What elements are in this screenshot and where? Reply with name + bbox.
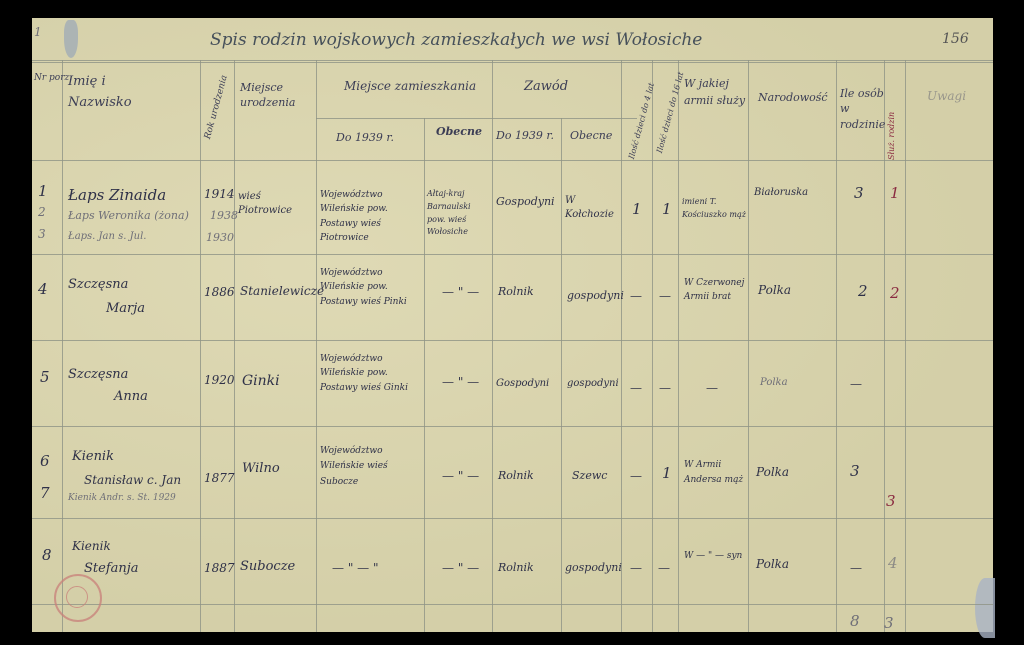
document-page: 1 Spis rodzin wojskowych zamieszkałych w… [32,18,993,632]
person-name: Kienik Andr. s. St. 1929 [68,494,176,503]
header-occupation-1939: Do 1939 r. [496,130,554,141]
person-name: Anna [114,390,148,403]
row-number: 5 [40,370,50,385]
birth-year: 1886 [204,286,235,298]
nationality: Polka [758,284,791,296]
header-year: Rok urodzenia [204,74,230,140]
row-number: 4 [38,282,48,297]
header-persons: Ile osób w rodzinie [840,86,884,132]
person-name: Szczęsna [68,368,128,381]
header-name: Imię i Nazwisko [68,72,168,114]
person-name: Kienik [72,540,111,552]
header-residence-1939: Do 1939 r. [336,132,394,143]
army: imieni T. Kościuszko mąż [682,196,746,222]
occupation-1939: Gospodyni [496,196,558,207]
person-name: Szczęsna [68,278,128,291]
nationality: Polka [760,378,788,388]
residence-now: — " — [442,470,479,482]
service-mark: 2 [890,286,900,301]
children-under-16: — [659,382,671,394]
birthplace: Ginki [242,374,280,388]
occupation-now: gospodyni [567,288,619,305]
birth-year: 1887 [204,562,235,574]
header-no: Nr porz. [34,74,72,83]
residence-now: — " — [442,286,479,298]
service-mark: 4 [888,556,898,571]
birth-year: 1930 [206,232,234,243]
nationality: Polka [756,558,789,570]
residence-1939: Województwo Wileńskie pow. Postawy wieś … [320,188,420,246]
header-birthplace: Miejsce urodzenia [240,80,310,111]
document-title: Spis rodzin wojskowych zamieszkałych we … [210,32,702,49]
army: W — " — syn [684,548,746,564]
header-nationality: Narodowość [758,90,828,107]
birth-year: 1938 [210,210,238,221]
person-name: Marja [106,302,145,315]
occupation-now: Szewc [572,470,607,481]
occupation-1939: Rolnik [498,470,534,481]
children-under-4: — [630,382,642,394]
blue-stain [64,20,78,58]
nationality: Polka [756,466,789,478]
header-occupation: Zawód [524,80,568,93]
children-under-4: — [630,562,642,574]
children-under-16: — [658,562,670,574]
occupation-now: gospodyni [567,376,619,391]
children-under-16: — [659,290,671,302]
header-service: Służ. rodzin [888,112,896,160]
occupation-now: gospodyni [565,562,622,573]
person-name: Kienik [72,450,114,463]
persons-count: — [850,378,862,390]
archive-stamp-icon [54,574,102,622]
occupation-1939: Rolnik [498,562,534,573]
row-number: 8 [42,548,52,563]
residence-now: — " — [442,376,479,388]
person-name: Łaps Weronika (żona) [68,210,189,221]
service-mark: 3 [886,494,896,509]
residence-1939: — " — " [332,562,378,574]
birthplace: Wilno [242,462,280,475]
page-number: 156 [942,32,969,46]
army: — [706,382,718,394]
row-number: 3 [38,228,46,240]
children-under-16: 1 [662,466,672,481]
corner-mark: 1 [34,26,42,38]
birth-year: 1920 [204,374,235,386]
row-number: 2 [38,206,46,218]
header-occupation-now: Obecne [570,130,612,141]
residence-1939: Województwo Wileńskie pow. Postawy wieś … [320,266,420,309]
person-name: Stanisław c. Jan [84,474,181,486]
person-name: Łaps Zinaida [68,188,166,203]
children-under-4: — [630,470,642,482]
row-number: 6 [40,454,50,469]
army: W Czerwonej Armii brat [684,276,746,305]
birthplace: Subocze [240,560,295,573]
service-mark: 1 [890,186,900,201]
children-under-4: — [630,290,642,302]
residence-1939: Województwo Wileńskie wieś Subocze [320,444,420,490]
children-under-16: 1 [662,202,672,217]
birthplace: Stanielewicze [240,282,314,300]
blue-stain [975,578,995,638]
row-number: 7 [40,486,50,501]
occupation-1939: Rolnik [498,286,534,297]
header-residence-now: Obecne [436,126,482,137]
army: W Armii Andersa mąż [684,458,746,489]
residence-1939: Województwo Wileńskie pow. Postawy wieś … [320,352,420,395]
person-name: Łaps. Jan s. Jul. [68,232,146,242]
person-name: Stefanja [84,562,139,575]
occupation-1939: Gospodyni [496,376,556,391]
birthplace: wieś Piotrowice [238,190,314,218]
nationality: Białoruska [754,188,808,198]
header-army: W jakiej armii służy [684,76,746,109]
total-service: 3 [884,616,894,631]
header-remarks: Uwagi [927,90,966,102]
total-persons: 8 [850,614,860,629]
residence-now: Ałtaj-kraj Barnaulski pow. wieś Wołosich… [427,188,491,239]
occupation-now: W Kołchozie [565,194,619,222]
persons-count: 2 [858,284,868,299]
header-residence: Miejsce zamieszkania [344,80,476,92]
children-under-4: 1 [632,202,642,217]
birth-year: 1914 [204,188,235,200]
residence-now: — " — [442,562,479,574]
persons-count: — [850,562,862,574]
header-children-under-16: Ilość dzieci do 16 lat [656,71,685,154]
birth-year: 1877 [204,472,235,484]
persons-count: 3 [854,186,864,201]
row-number: 1 [38,184,48,199]
persons-count: 3 [850,464,860,479]
